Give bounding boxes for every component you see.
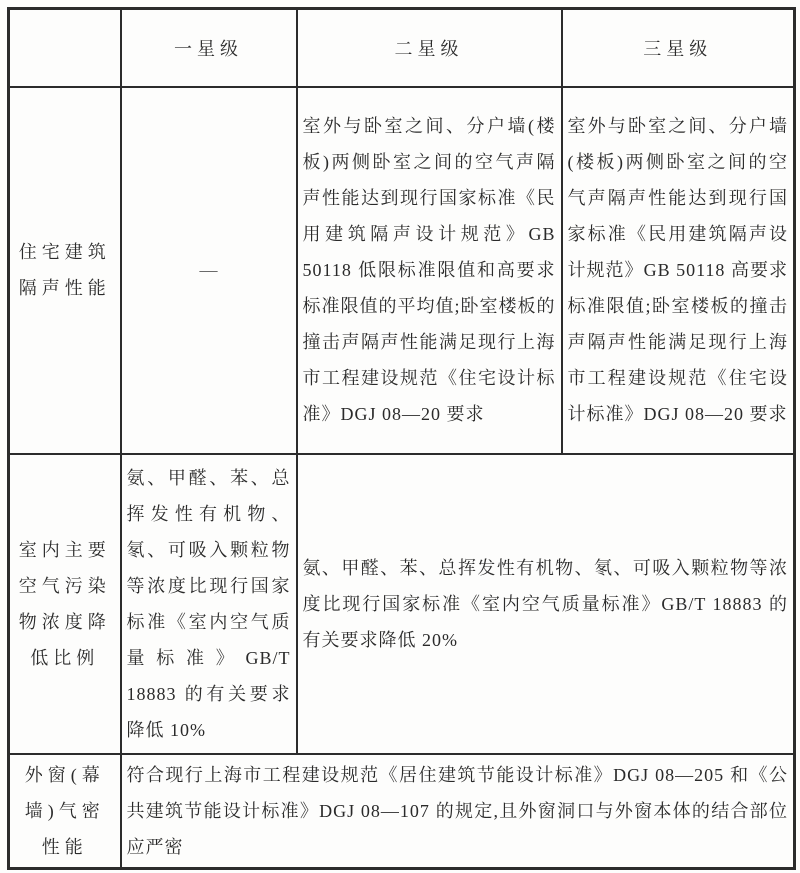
document-page: 一星级 二星级 三星级 住宅建筑隔声性能 — 室外与卧室之间、分户墙(楼板)两侧… <box>0 0 800 873</box>
header-two-star: 二星级 <box>297 9 562 87</box>
header-corner-cell <box>9 9 121 87</box>
header-three-star: 三星级 <box>562 9 795 87</box>
row-label-window-airtightness: 外窗(幕墙)气密性能 <box>9 754 121 869</box>
cell-sound-one-star: — <box>121 87 297 454</box>
star-rating-requirements-table: 一星级 二星级 三星级 住宅建筑隔声性能 — 室外与卧室之间、分户墙(楼板)两侧… <box>7 7 796 870</box>
cell-sound-two-star: 室外与卧室之间、分户墙(楼板)两侧卧室之间的空气声隔声性能达到现行国家标准《民用… <box>297 87 562 454</box>
row-air-pollutants: 室内主要空气污染物浓度降低比例 氨、甲醛、苯、总挥发性有机物、氡、可吸入颗粒物等… <box>9 454 795 754</box>
table-header-row: 一星级 二星级 三星级 <box>9 9 795 87</box>
cell-air-one-star: 氨、甲醛、苯、总挥发性有机物、氡、可吸入颗粒物等浓度比现行国家标准《室内空气质量… <box>121 454 297 754</box>
row-sound-insulation: 住宅建筑隔声性能 — 室外与卧室之间、分户墙(楼板)两侧卧室之间的空气声隔声性能… <box>9 87 795 454</box>
row-label-air-pollutants: 室内主要空气污染物浓度降低比例 <box>9 454 121 754</box>
cell-sound-three-star: 室外与卧室之间、分户墙(楼板)两侧卧室之间的空气声隔声性能达到现行国家标准《民用… <box>562 87 795 454</box>
cell-window-all-stars: 符合现行上海市工程建设规范《居住建筑节能设计标准》DGJ 08—205 和《公共… <box>121 754 795 869</box>
row-window-airtightness: 外窗(幕墙)气密性能 符合现行上海市工程建设规范《居住建筑节能设计标准》DGJ … <box>9 754 795 869</box>
cell-air-two-three-star: 氨、甲醛、苯、总挥发性有机物、氡、可吸入颗粒物等浓度比现行国家标准《室内空气质量… <box>297 454 795 754</box>
row-label-sound-insulation: 住宅建筑隔声性能 <box>9 87 121 454</box>
header-one-star: 一星级 <box>121 9 297 87</box>
